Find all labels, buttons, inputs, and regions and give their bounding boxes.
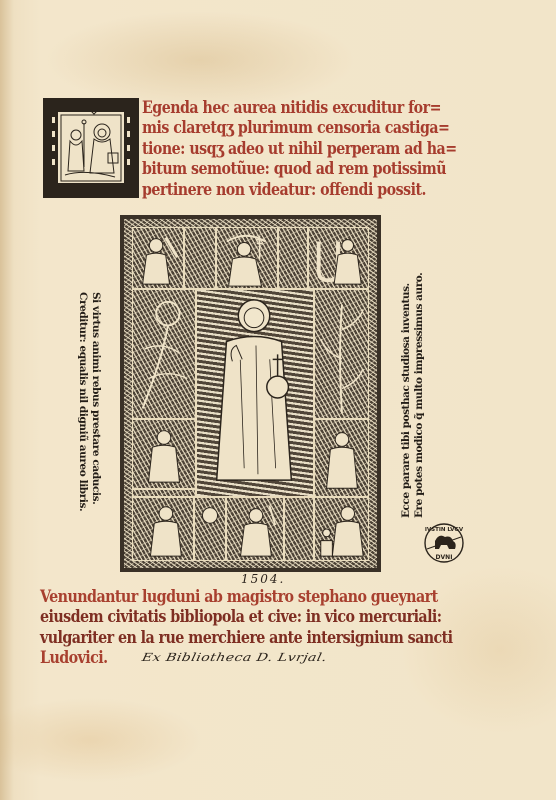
stamp-bottom-text: DVNI [436,554,453,561]
woodcut-panel-foliage [278,227,308,289]
verse-line: Si virtus animi rebus prestare caducis. [90,292,103,502]
woodcut-frame [120,215,381,572]
saint-icon [133,498,193,560]
flower-icon [195,498,225,560]
saint-icon [133,420,195,488]
title-text: Egenda hec aurea nitidis excuditur for= … [142,98,404,200]
woodcut-panel-foliage [284,497,314,561]
woodcut-panel-evangelist [226,497,284,561]
initial-illustration [48,103,134,193]
pope-saint-icon [217,228,277,288]
verse-line: Creditur: equalis nil digniũ aureo libri… [77,292,90,502]
verse-line: Ecce parare tibi posthac studiosa iuvent… [400,243,413,518]
title-line: pertinere non videatur: offendi possit. [142,180,404,200]
annunciation-illustration-icon [50,105,132,191]
woodcut-panel-angel [132,227,184,289]
saint-icon [315,420,368,496]
imprint-line: eiusdem civitatis bibliopola et cive: in… [40,607,426,627]
title-line: Egenda hec aurea nitidis excuditur for= [142,98,404,118]
title-line: bitum semotũue: quod ad rem potissimũ [142,159,404,179]
woodcut-panel-flower [194,497,226,561]
handwritten-provenance: Ex Bibliotheca D. Lvrjal. [141,652,329,665]
historiated-initial [43,98,139,198]
evangelist-icon [227,498,283,560]
saint-with-child-icon [315,498,368,560]
woodcut-panel-pope [216,227,278,289]
woodcut-panel-saint-letter [308,227,369,289]
stamp-top-text: IVSTIN LVGV [425,527,464,533]
woodcut-panel-saint-child [314,497,369,561]
title-line: tione: usqʒ adeo ut nihil perperam ad ha… [142,139,404,159]
woodcut-panel-saint-bottom [132,497,194,561]
lion-stamp-icon: IVSTIN LVGV DVNI [423,522,465,564]
foliage-icon [133,290,195,418]
imprint-line: vulgariter en la rue merchiere ante inte… [40,628,426,648]
verse-line: Ere potes modico q̃ multo impressimus au… [413,243,426,518]
right-verse: Ecce parare tibi posthac studiosa iuvent… [400,243,430,518]
woodcut-center-christ [196,289,314,497]
woodcut-panel-foliage [184,227,216,289]
angel-icon [133,228,183,288]
publication-date: 1504. [241,572,285,586]
woodcut-panel-saint-left [132,419,196,489]
imprint-line: Venundantur lugduni ab magistro stephano… [40,587,426,607]
woodcut-border [124,219,377,568]
book-title-page: Egenda hec aurea nitidis excuditur for= … [0,0,556,800]
woodcut-panel-foliage-left [132,289,196,419]
left-verse: Si virtus animi rebus prestare caducis. … [62,292,102,502]
christ-salvator-mundi-icon [197,290,313,496]
woodcut-panel-saint-right [314,419,369,497]
saint-with-letter-icon [309,228,368,288]
library-stamp: IVSTIN LVGV DVNI [423,522,465,564]
foliage-icon [315,290,368,418]
woodcut-panel-foliage-right [314,289,369,419]
title-line: mis claretqʒ plurimum censoria castiga= [142,118,404,138]
woodcut-panel-divider [132,489,196,497]
